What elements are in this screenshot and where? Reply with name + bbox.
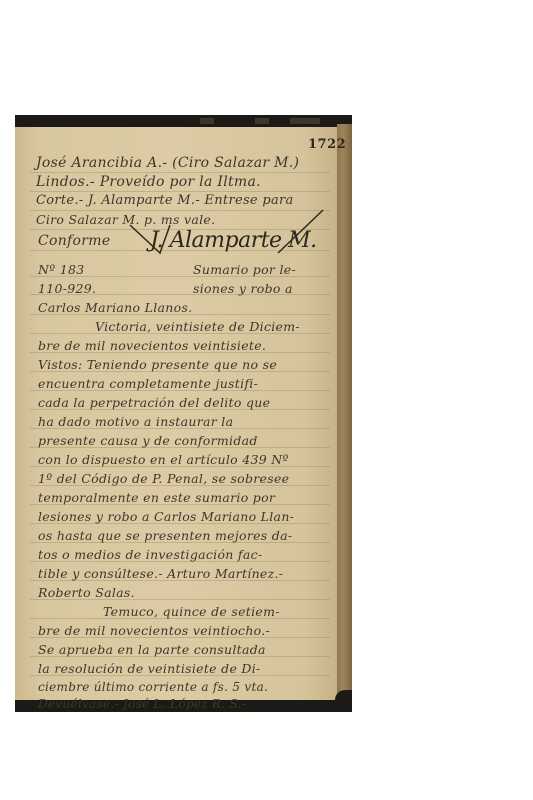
body-line: 1º del Código de P. Penal, se sobresee — [38, 471, 289, 486]
body-line: os hasta que se presenten mejores da- — [38, 528, 292, 543]
page-number: 1722 — [308, 137, 346, 152]
followup-line: la resolución de veintisiete de Di- — [38, 661, 261, 676]
case-party: Carlos Mariano Llanos. — [38, 300, 192, 315]
body-line: cada la perpetración del delito que — [38, 395, 270, 410]
followup-line: bre de mil novecientos veintiocho.- — [38, 623, 270, 638]
body-line: temporalmente en este sumario por — [38, 490, 275, 505]
followup-line: ciembre último corriente a fs. 5 vta. — [38, 680, 268, 694]
case-summary: Sumario por le- — [193, 262, 296, 277]
binding-mark — [290, 118, 320, 124]
case-summary: siones y robo a — [193, 281, 293, 296]
header-line: Lindos.- Proveído por la Iltma. — [36, 174, 261, 190]
body-line: bre de mil novecientos veintisiete. — [38, 338, 266, 353]
conforme-label: Conforme — [38, 233, 110, 249]
body-line: tible y consúltese.- Arturo Martínez.- — [38, 566, 283, 581]
followup-line: Temuco, quince de setiem- — [103, 604, 280, 619]
body-line: Vistos: Teniendo presente que no se — [38, 357, 277, 372]
body-line: tos o medios de investigación fac- — [38, 547, 262, 562]
body-line: Roberto Salas. — [38, 585, 135, 600]
body-line: encuentra completamente justifi- — [38, 376, 258, 391]
body-line: ha dado motivo a instaurar la — [38, 414, 233, 429]
followup-line: Se aprueba en la parte consultada — [38, 642, 266, 657]
body-line: Victoria, veintisiete de Diciem- — [95, 319, 300, 334]
page-edge — [337, 124, 352, 702]
body-line: lesiones y robo a Carlos Mariano Llan- — [38, 509, 294, 524]
body-line: con lo dispuesto en el artículo 439 Nº — [38, 452, 289, 467]
case-number: Nº 183 — [38, 262, 84, 277]
binding-corner — [335, 690, 352, 712]
body-line: presente causa y de conformidad — [38, 433, 258, 448]
case-date-code: 110-929. — [38, 281, 96, 296]
header-line: José Arancibia A.- (Ciro Salazar M.) — [36, 155, 299, 171]
binding-mark — [200, 118, 214, 124]
followup-line: Devuélvase.- José L. López R. S.- — [38, 697, 246, 711]
signature: J. Alamparte M. — [150, 228, 317, 253]
binding-mark — [255, 118, 269, 124]
